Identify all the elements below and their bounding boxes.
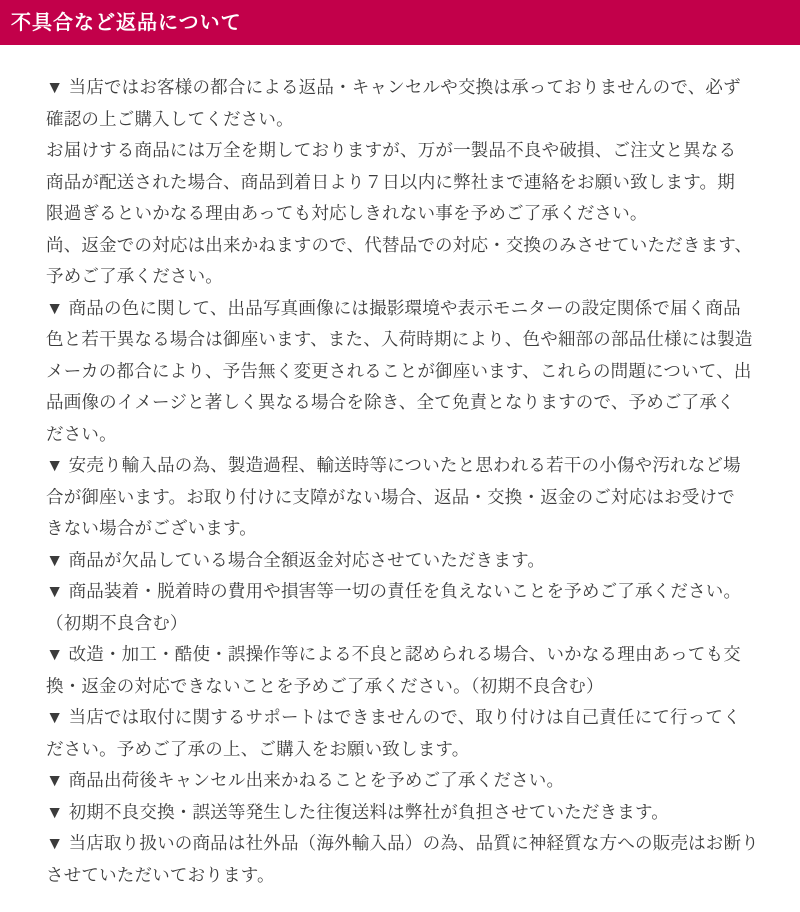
policy-line: 合が御座います。お取り付けに支障がない場合、返品・交換・返金のご対応はお受けで: [46, 482, 760, 514]
policy-line: メーカの都合により、予告無く変更されることが御座います、これらの問題について、出: [46, 356, 760, 388]
policy-line: ▼ 当店ではお客様の都合による返品・キャンセルや交換は承っておりませんので、必ず: [46, 72, 760, 104]
policy-line: 尚、返金での対応は出来かねますので、代替品での対応・交換のみさせていただきます、: [46, 230, 760, 262]
policy-line: （初期不良含む）: [46, 608, 760, 640]
policy-line: ▼ 商品装着・脱着時の費用や損害等一切の責任を負えないことを予めご了承ください。: [46, 576, 760, 608]
policy-line: ださい。予めご了承の上、ご購入をお願い致します。: [46, 734, 760, 766]
policy-line: ▼ 当店取り扱いの商品は社外品（海外輸入品）の為、品質に神経質な方への販売はお断…: [46, 828, 760, 860]
policy-line: ▼ 安売り輸入品の為、製造過程、輸送時等についたと思われる若干の小傷や汚れなど場: [46, 450, 760, 482]
policy-line: ▼ 商品の色に関して、出品写真画像には撮影環境や表示モニターの設定関係で届く商品: [46, 293, 760, 325]
page-title: 不具合など返品について: [0, 13, 242, 33]
policy-line: 品画像のイメージと著しく異なる場合を除き、全て免責となりますので、予めご了承く: [46, 387, 760, 419]
policy-line: 換・返金の対応できないことを予めご了承ください。（初期不良含む）: [46, 671, 760, 703]
section-header-bar: 不具合など返品について: [0, 0, 800, 45]
policy-line: ▼ 商品出荷後キャンセル出来かねることを予めご了承ください。: [46, 765, 760, 797]
policy-line: 確認の上ご購入してください。: [46, 104, 760, 136]
policy-line: ▼ 当店では取付に関するサポートはできませんので、取り付けは自己責任にて行ってく: [46, 702, 760, 734]
policy-line: 色と若干異なる場合は御座います、また、入荷時期により、色や細部の部品仕様には製造: [46, 324, 760, 356]
policy-line: ▼ 初期不良交換・誤送等発生した往復送料は弊社が負担させていただきます。: [46, 797, 760, 829]
policy-line: お届けする商品には万全を期しておりますが、万が一製品不良や破損、ご注文と異なる: [46, 135, 760, 167]
return-policy-text: ▼ 当店ではお客様の都合による返品・キャンセルや交換は承っておりませんので、必ず…: [0, 45, 800, 891]
policy-line: させていただいております。: [46, 860, 760, 892]
policy-line: きない場合がございます。: [46, 513, 760, 545]
policy-line: ▼ 改造・加工・酷使・誤操作等による不良と認められる場合、いかなる理由あっても交: [46, 639, 760, 671]
policy-line: 商品が配送された場合、商品到着日より７日以内に弊社まで連絡をお願い致します。期: [46, 167, 760, 199]
policy-line: 予めご了承ください。: [46, 261, 760, 293]
policy-line: ▼ 商品が欠品している場合全額返金対応させていただきます。: [46, 545, 760, 577]
policy-line: 限過ぎるといかなる理由あっても対応しきれない事を予めご了承ください。: [46, 198, 760, 230]
policy-line: ださい。: [46, 419, 760, 451]
